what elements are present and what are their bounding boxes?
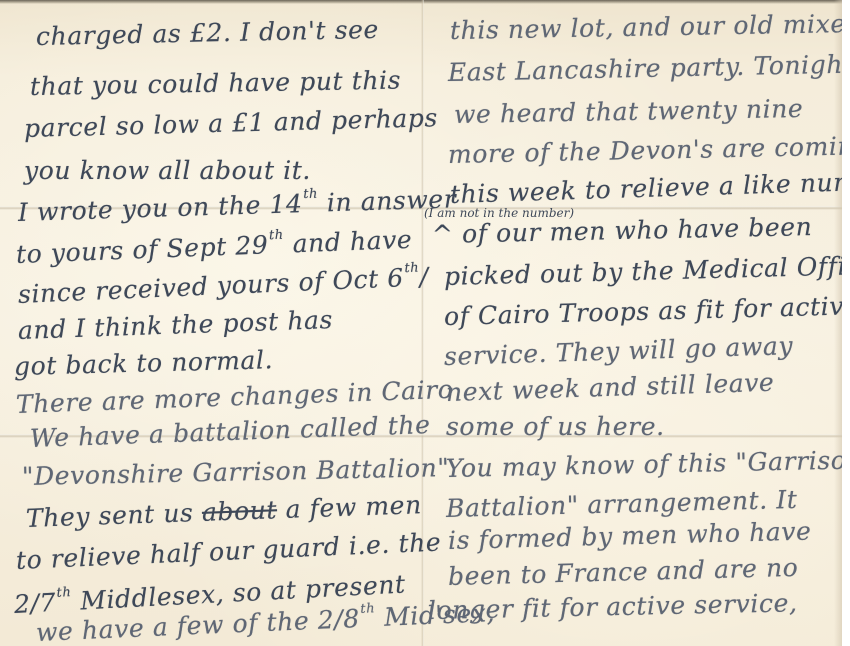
right-line-16: longer fit for active service, xyxy=(428,588,798,625)
left-line-13: They sent us about a few men xyxy=(25,490,422,533)
left-line-13-text-a: They sent us xyxy=(25,498,202,533)
struck-word: about xyxy=(201,495,277,527)
left-line-6-ordinal: th xyxy=(269,228,284,244)
left-line-5-text-a: I wrote you on the 14 xyxy=(18,189,303,227)
left-line-1: charged as £2. I don't see xyxy=(36,15,380,51)
right-line-7: picked out by the Medical Officer xyxy=(444,250,842,291)
right-page: this new lot, and our old mixed East Lan… xyxy=(424,0,840,646)
paper-sheet: charged as £2. I don't see that you coul… xyxy=(0,0,842,646)
left-line-7: since received yours of Oct 6th/ xyxy=(17,260,429,309)
right-line-11: some of us here. xyxy=(446,412,665,441)
right-line-1: this new lot, and our old mixed xyxy=(450,9,842,45)
right-line-10: next week and still leave xyxy=(446,368,775,407)
left-line-11: We have a battalion called the xyxy=(29,410,430,453)
left-line-14: to relieve half our guard i.e. the xyxy=(15,527,441,575)
right-line-4: more of the Devon's are coming xyxy=(448,131,842,169)
letter-scan: charged as £2. I don't see that you coul… xyxy=(0,0,850,646)
right-line-15: been to France and are no xyxy=(448,553,799,591)
left-line-12: "Devonshire Garrison Battalion" xyxy=(22,453,450,491)
left-line-15-ordinal: th xyxy=(56,585,72,601)
right-line-12: You may know of this "Garrison xyxy=(446,445,842,483)
left-line-8: and I think the post has xyxy=(17,305,333,345)
right-line-5: this week to relieve a like number xyxy=(450,166,842,209)
left-line-6: to yours of Sept 29th and have xyxy=(15,223,412,269)
right-line-14: is formed by men who have xyxy=(448,516,812,555)
left-line-5-ordinal: th xyxy=(303,187,318,202)
left-line-7-ordinal: th xyxy=(404,260,419,276)
left-line-16-ordinal: th xyxy=(360,601,375,617)
left-line-13-text-b: a few men xyxy=(276,490,422,524)
left-line-3: parcel so low a £1 and perhaps xyxy=(24,103,439,143)
right-line-8: of Cairo Troops as fit for active xyxy=(444,291,842,331)
left-line-7-text-a: since received yours of Oct 6 xyxy=(17,263,404,309)
left-line-5: I wrote you on the 14th in answer xyxy=(18,182,457,227)
right-line-9: service. They will go away xyxy=(444,331,794,371)
left-page: charged as £2. I don't see that you coul… xyxy=(0,0,420,646)
left-line-4: you know all about it. xyxy=(24,156,311,185)
left-line-15-text-a: 2/7 xyxy=(13,588,57,619)
right-line-3: we heard that twenty nine xyxy=(454,94,804,129)
left-line-6-text-b: and have xyxy=(284,225,413,259)
left-line-6-text-a: to yours of Sept 29 xyxy=(15,230,268,269)
left-line-9: got back to normal. xyxy=(14,345,274,381)
right-line-2: East Lancashire party. Tonight xyxy=(448,50,842,87)
left-line-2: that you could have put this xyxy=(30,66,402,101)
